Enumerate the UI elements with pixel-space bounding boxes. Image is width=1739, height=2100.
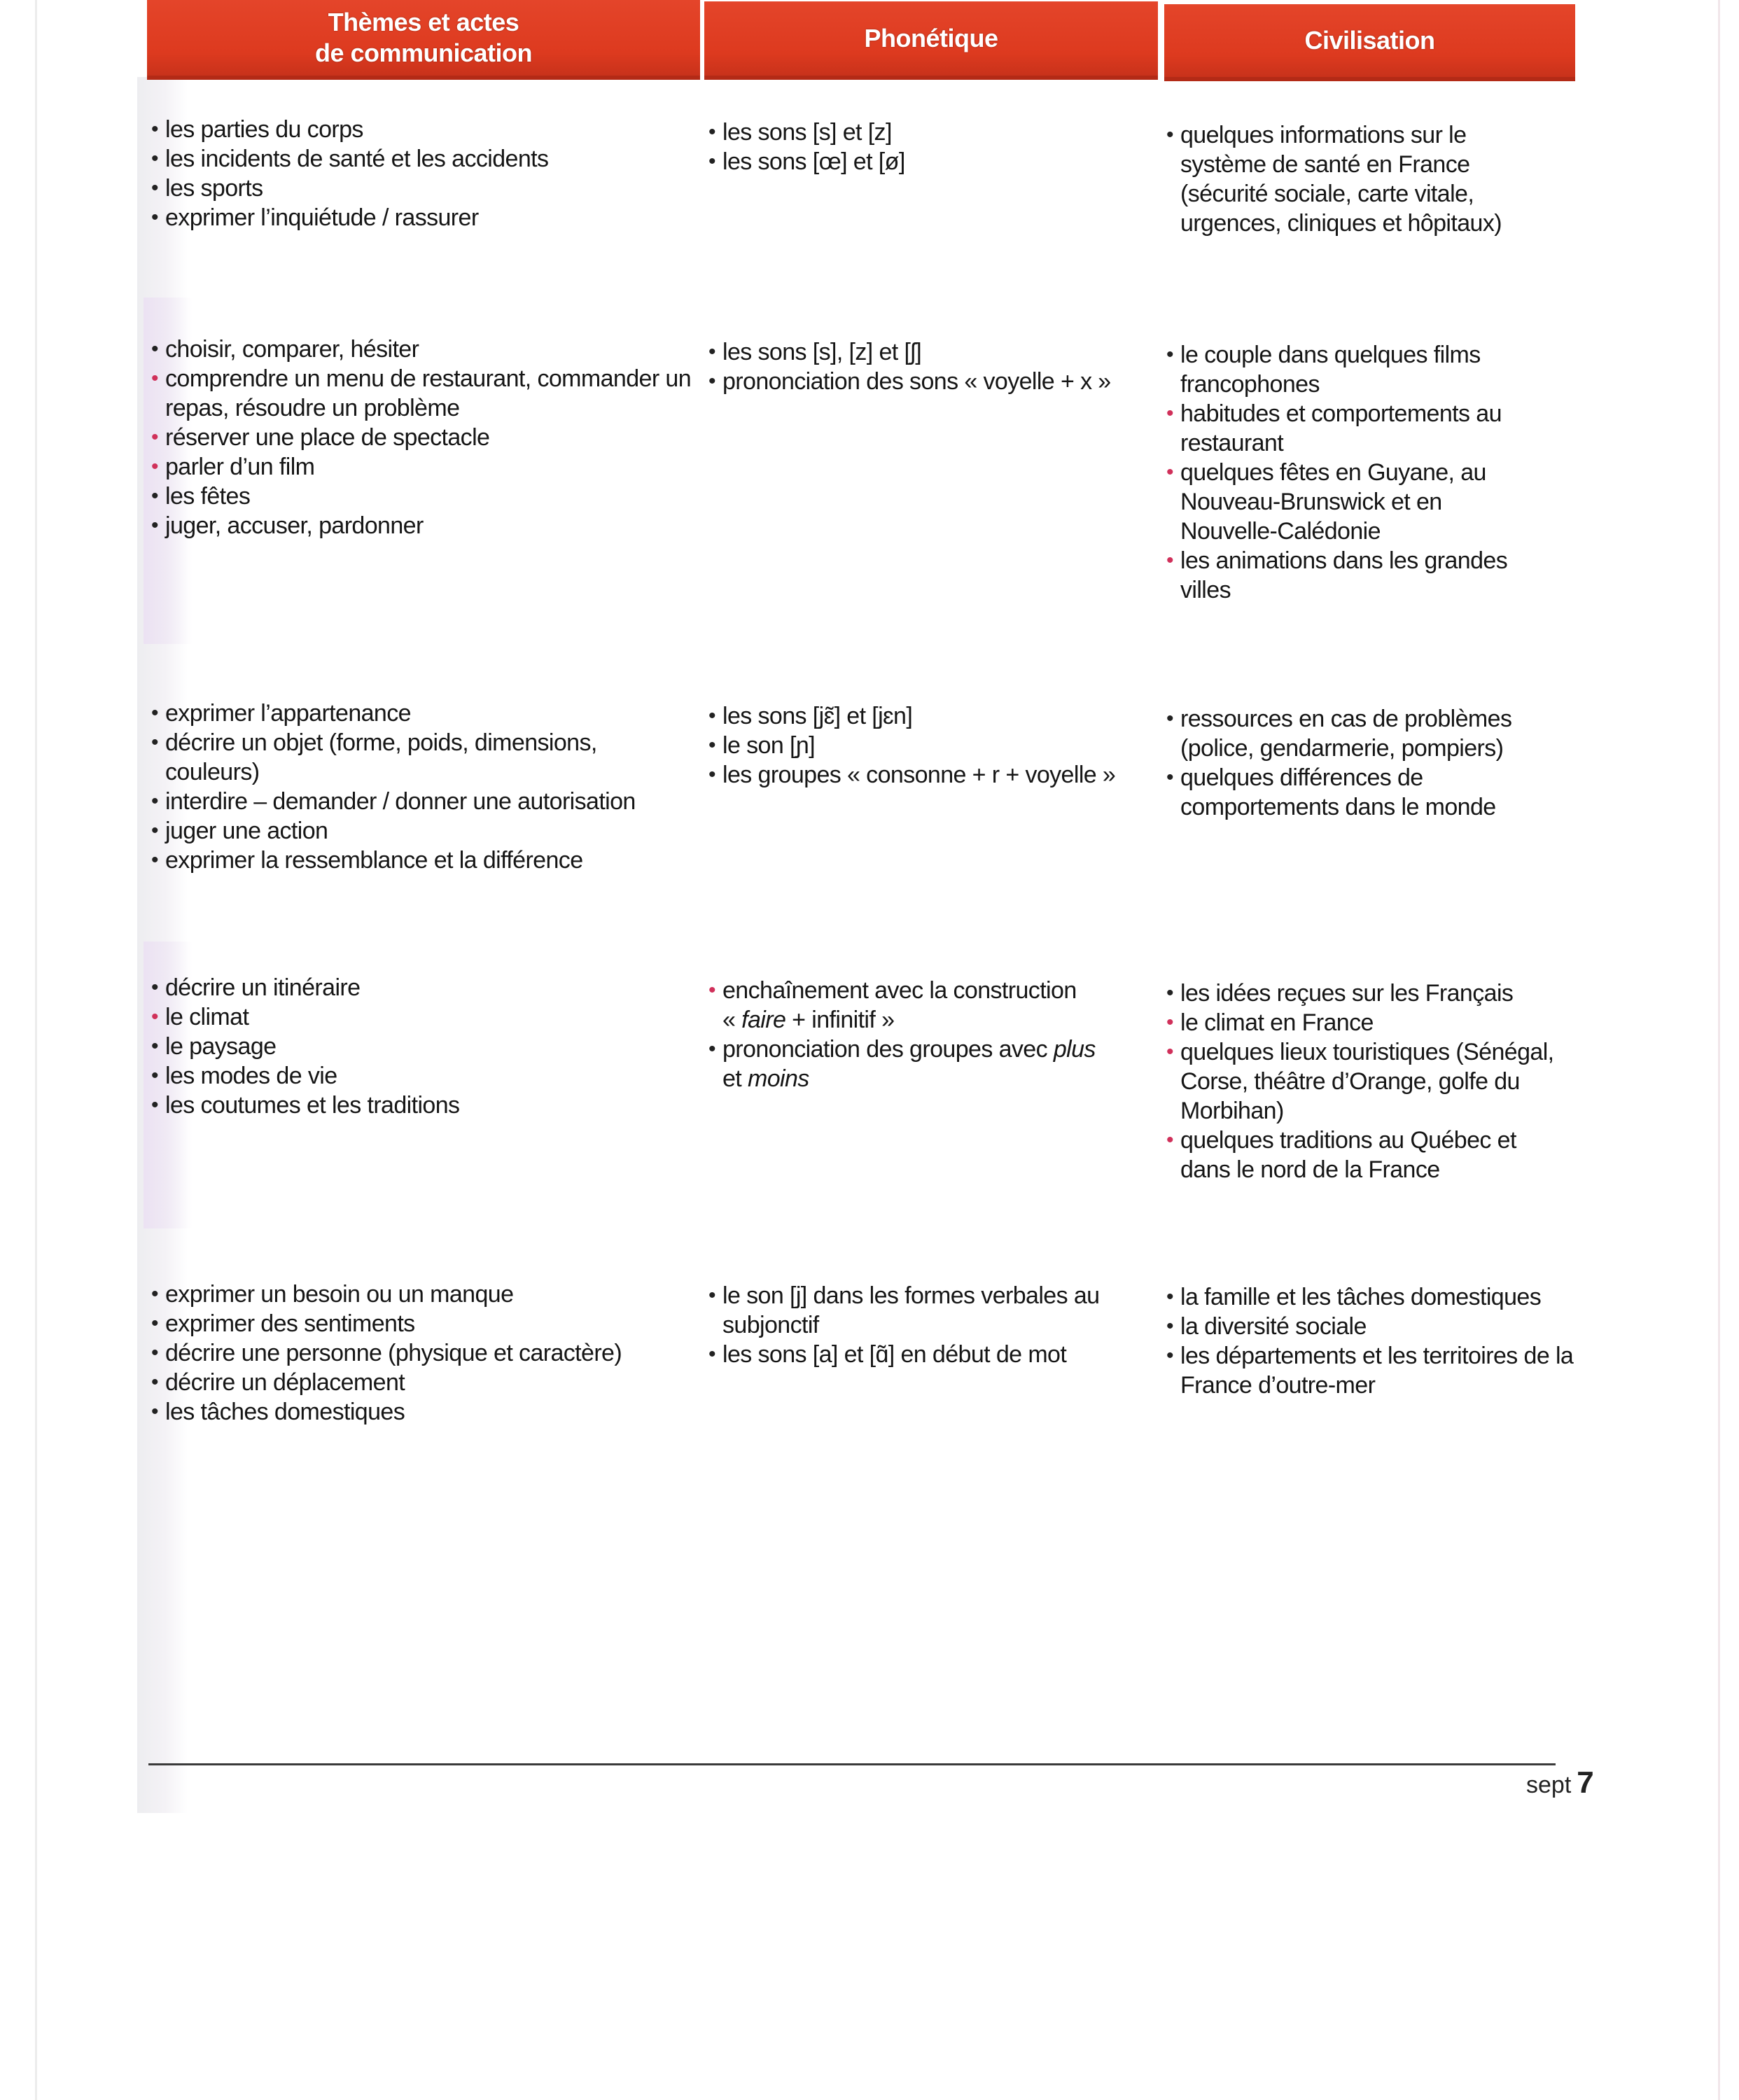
list-item: parler d’un film <box>151 452 694 482</box>
list-item: les sons [œ] et [ø] <box>708 147 1164 176</box>
list-item: exprimer l’inquiétude / rassurer <box>151 203 711 232</box>
column-header-themes: Thèmes et actes de communication <box>147 0 700 80</box>
list-item: quelques informations sur le système de … <box>1166 120 1530 238</box>
page-digit: 7 <box>1577 1765 1593 1800</box>
phonetique-text: enchaînement avec la construction« faire… <box>722 977 1077 1033</box>
list-item: les animations dans les grandes villes <box>1166 546 1530 605</box>
list-item: le climat <box>151 1002 711 1032</box>
themes-cell-row-1: les parties du corps les incidents de sa… <box>151 115 711 232</box>
header-line: Thèmes et actes <box>315 7 532 38</box>
list-item: décrire un itinéraire <box>151 973 711 1002</box>
list-item: décrire une personne (physique et caract… <box>151 1338 711 1368</box>
list-item: les groupes « consonne + r + voyelle » <box>708 760 1164 790</box>
list-item: le son [j] dans les formes verbales au s… <box>708 1281 1101 1340</box>
scan-page-edge-right <box>1718 0 1720 2100</box>
list-item: le climat en France <box>1166 1008 1558 1037</box>
list-item: exprimer l’appartenance <box>151 699 683 728</box>
civilisation-cell-row-5: la famille et les tâches domestiques la … <box>1166 1282 1579 1400</box>
list-item: réserver une place de spectacle <box>151 423 694 452</box>
list-item: le couple dans quelques films francophon… <box>1166 340 1530 399</box>
list-item: les tâches domestiques <box>151 1397 711 1427</box>
list-item: quelques traditions au Québec et dans le… <box>1166 1126 1558 1184</box>
list-item: les idées reçues sur les Français <box>1166 979 1558 1008</box>
list-item: quelques différences de comportements da… <box>1166 763 1544 822</box>
column-header-phonetique: Phonétique <box>704 1 1158 80</box>
list-item: juger une action <box>151 816 683 846</box>
list-item: les sons [jɛ̃] et [jɛn] <box>708 701 1164 731</box>
list-item: les sons [a] et [ɑ̃] en début de mot <box>708 1340 1101 1369</box>
list-item: juger, accuser, pardonner <box>151 511 694 540</box>
list-item: les parties du corps <box>151 115 711 144</box>
list-item: les modes de vie <box>151 1061 711 1091</box>
list-item: décrire un objet (forme, poids, dimensio… <box>151 728 683 787</box>
themes-cell-row-4: décrire un itinéraire le climat le paysa… <box>151 973 711 1120</box>
page-word: sept <box>1526 1772 1571 1798</box>
themes-cell-row-5: exprimer un besoin ou un manque exprimer… <box>151 1280 711 1427</box>
civilisation-cell-row-1: quelques informations sur le système de … <box>1166 120 1530 238</box>
list-item: la famille et les tâches domestiques <box>1166 1282 1579 1312</box>
list-item: interdire – demander / donner une autori… <box>151 787 683 816</box>
page-number: sept7 <box>1526 1765 1594 1800</box>
phonetique-cell-row-5: le son [j] dans les formes verbales au s… <box>708 1281 1101 1369</box>
themes-cell-row-2: choisir, comparer, hésiter comprendre un… <box>151 335 694 540</box>
phonetique-text: prononciation des groupes avec pluset mo… <box>722 1036 1096 1092</box>
list-item: exprimer des sentiments <box>151 1309 711 1338</box>
list-item: les sons [s] et [z] <box>708 118 1164 147</box>
list-item: les fêtes <box>151 482 694 511</box>
civilisation-cell-row-4: les idées reçues sur les Français le cli… <box>1166 979 1558 1184</box>
header-line: de communication <box>315 38 532 69</box>
list-item: le paysage <box>151 1032 711 1061</box>
list-item: quelques fêtes en Guyane, au Nouveau-Bru… <box>1166 458 1530 546</box>
themes-cell-row-3: exprimer l’appartenance décrire un objet… <box>151 699 683 875</box>
list-item: enchaînement avec la construction« faire… <box>708 976 1101 1035</box>
list-item: habitudes et comportements au restaurant <box>1166 399 1530 458</box>
column-header-civilisation: Civilisation <box>1164 4 1575 81</box>
list-item: quelques lieux touristiques (Sénégal, Co… <box>1166 1037 1558 1126</box>
phonetique-cell-row-3: les sons [jɛ̃] et [jɛn] le son [ɲ] les g… <box>708 701 1164 790</box>
list-item: les départements et les territoires de l… <box>1166 1341 1579 1400</box>
phonetique-cell-row-4: enchaînement avec la construction« faire… <box>708 976 1101 1093</box>
list-item: exprimer un besoin ou un manque <box>151 1280 711 1309</box>
phonetique-cell-row-1: les sons [s] et [z] les sons [œ] et [ø] <box>708 118 1164 176</box>
list-item: la diversité sociale <box>1166 1312 1579 1341</box>
list-item: les sports <box>151 174 711 203</box>
list-item: choisir, comparer, hésiter <box>151 335 694 364</box>
list-item: ressources en cas de problèmes (police, … <box>1166 704 1544 763</box>
list-item: prononciation des sons « voyelle + x » <box>708 367 1164 396</box>
list-item: les coutumes et les traditions <box>151 1091 711 1120</box>
list-item: décrire un déplacement <box>151 1368 711 1397</box>
civilisation-cell-row-3: ressources en cas de problèmes (police, … <box>1166 704 1544 822</box>
list-item: les incidents de santé et les accidents <box>151 144 711 174</box>
list-item: comprendre un menu de restaurant, comman… <box>151 364 694 423</box>
list-item: le son [ɲ] <box>708 731 1164 760</box>
list-item: les sons [s], [z] et [ʃ] <box>708 337 1164 367</box>
phonetique-cell-row-2: les sons [s], [z] et [ʃ] prononciation d… <box>708 337 1164 396</box>
scan-page-edge-left <box>35 0 37 2100</box>
civilisation-cell-row-2: le couple dans quelques films francophon… <box>1166 340 1530 605</box>
list-item: exprimer la ressemblance et la différenc… <box>151 846 683 875</box>
list-item: prononciation des groupes avec pluset mo… <box>708 1035 1101 1093</box>
footer-rule <box>148 1763 1556 1765</box>
